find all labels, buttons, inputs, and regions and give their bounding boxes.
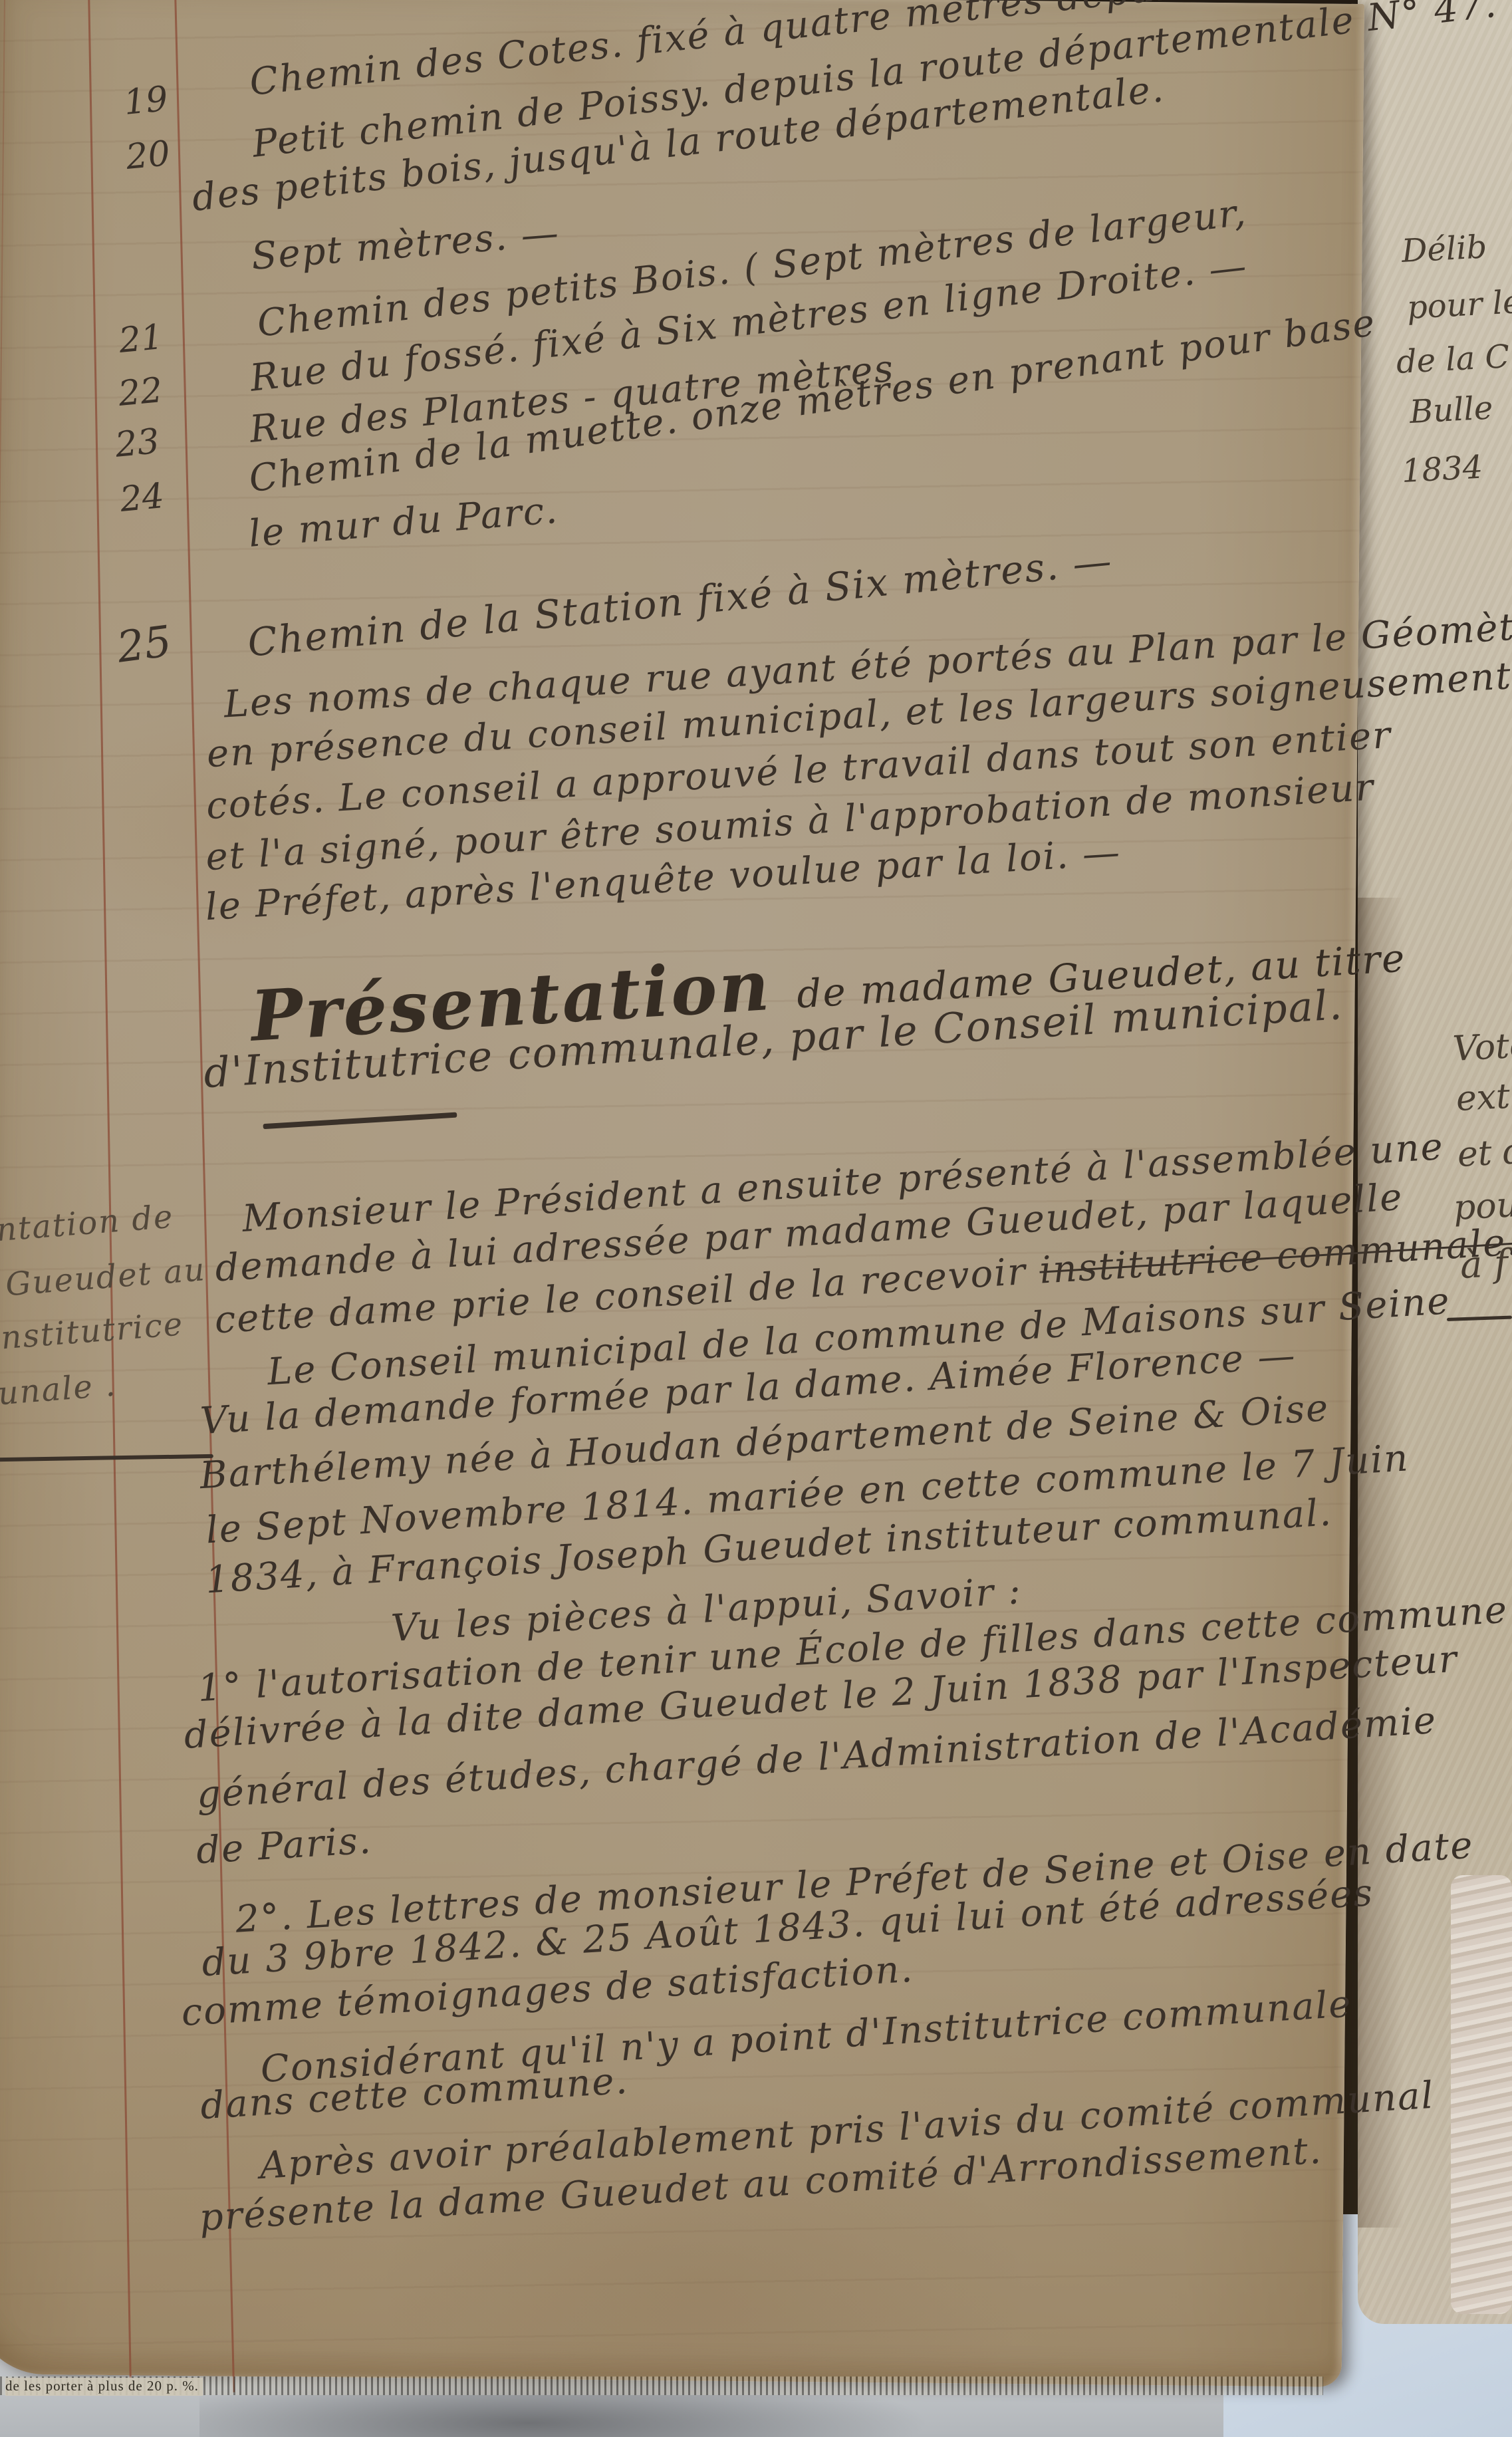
- adjacent-page-text: pour le: [1406, 283, 1512, 326]
- margin-number: 25: [114, 617, 174, 673]
- margin-number: 20: [124, 134, 172, 178]
- page-gap-shadow: [1358, 898, 1404, 2228]
- margin-number: 23: [114, 422, 162, 465]
- printed-fragment: de les porter à plus de 20 p. %.: [5, 2378, 203, 2396]
- margin-number: 21: [117, 317, 165, 361]
- margin-note-line: Gueudet au: [5, 1253, 207, 1301]
- manuscript-line: le mur du Parc.: [247, 492, 560, 553]
- margin-dash: [0, 1454, 213, 1462]
- adjacent-page-text: Délib: [1401, 228, 1488, 270]
- adjacent-page-text: et d: [1456, 1132, 1512, 1175]
- adjacent-page-text: Bulle: [1409, 389, 1494, 430]
- adjacent-page-text: 1834: [1401, 449, 1484, 490]
- margin-note-line: unale .: [0, 1369, 118, 1410]
- heading-flourish-underline: [263, 1112, 457, 1130]
- edge-rule: [0, 0, 5, 988]
- manuscript-page: 19 20 21 22 23 24 25 Chemin des Cotes. f…: [0, 0, 1364, 2387]
- manuscript-line: de Paris.: [195, 1822, 373, 1870]
- margin-number: 22: [116, 370, 164, 414]
- page-edges-crinkle: [1451, 1875, 1512, 2314]
- photograph-of-register-page: Délib pour le de la C Bulle 1834 Vote ex…: [0, 0, 1512, 2437]
- manuscript-line: Sept mètres. —: [250, 215, 561, 276]
- margin-number: 19: [122, 79, 170, 123]
- margin-note-line: Institutrice: [0, 1308, 185, 1355]
- margin-number: 24: [118, 476, 166, 520]
- adjacent-page-text: Vote: [1451, 1025, 1512, 1069]
- adjacent-page-text: extra: [1455, 1075, 1512, 1119]
- adjacent-page-text: de la C: [1396, 338, 1511, 381]
- margin-note-line: ntation de: [0, 1201, 175, 1247]
